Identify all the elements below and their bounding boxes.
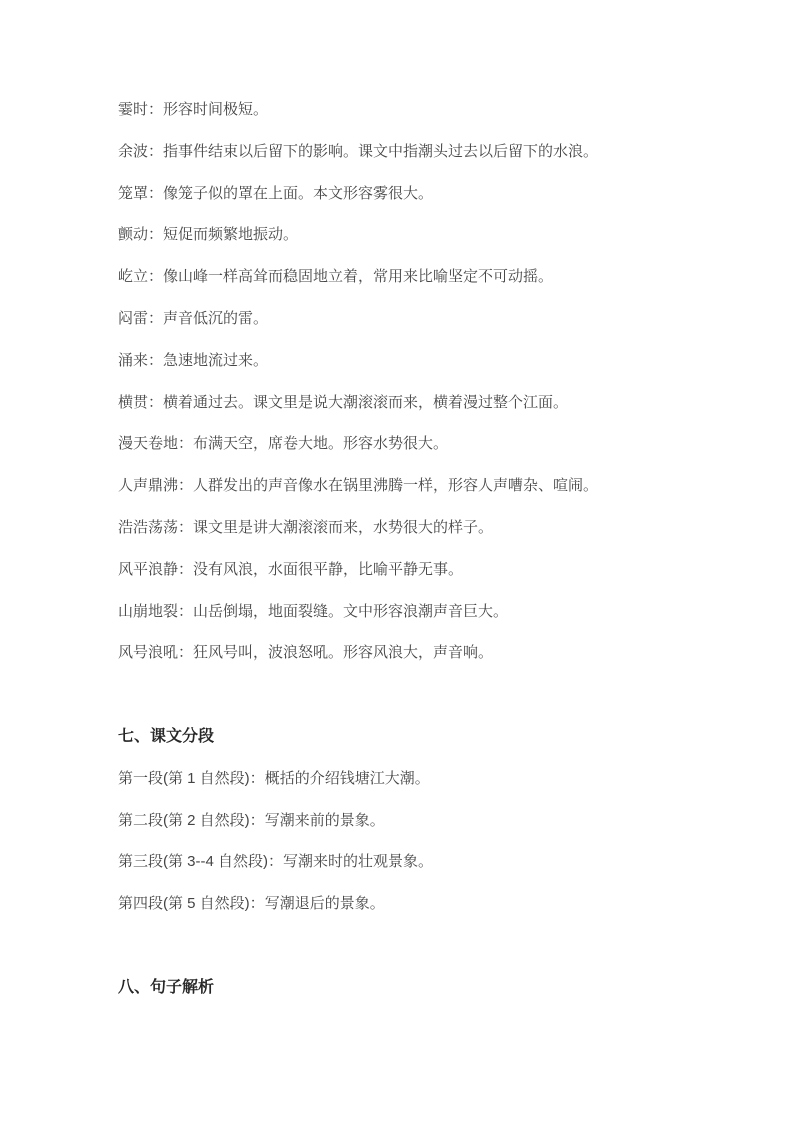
glossary-definition: 横着通过去。课文里是说大潮滚滚而来，横着漫过整个江面。 [163,394,568,411]
glossary-item: 横贯：横着通过去。课文里是说大潮滚滚而来，横着漫过整个江面。 [118,382,678,424]
glossary-item: 余波：指事件结束以后留下的影响。课文中指潮头过去以后留下的水浪。 [118,131,678,173]
glossary-item: 浩浩荡荡：课文里是讲大潮滚滚而来，水势很大的样子。 [118,507,678,549]
term-colon: ： [178,435,193,452]
segment-label: 第三段(第 3--4 自然段) [118,853,268,870]
glossary-definition: 指事件结束以后留下的影响。课文中指潮头过去以后留下的水浪。 [163,143,598,160]
segment-colon: ： [250,895,265,912]
section-eight-heading: 八、句子解析 [118,967,678,1009]
glossary-definition: 山岳倒塌，地面裂缝。文中形容浪潮声音巨大。 [193,603,508,620]
glossary-definition: 课文里是讲大潮滚滚而来，水势很大的样子。 [193,519,493,536]
glossary-item: 人声鼎沸：人群发出的声音像水在锅里沸腾一样，形容人声嘈杂、喧闹。 [118,465,678,507]
segment-item: 第一段(第 1 自然段)：概括的介绍钱塘江大潮。 [118,758,678,800]
glossary-term: 笼罩 [118,185,148,202]
segment-item: 第四段(第 5 自然段)：写潮退后的景象。 [118,883,678,925]
segment-label: 第二段(第 2 自然段) [118,812,250,829]
segment-colon: ： [268,853,283,870]
glossary-item: 笼罩：像笼子似的罩在上面。本文形容雾很大。 [118,173,678,215]
segment-description: 概括的介绍钱塘江大潮。 [265,770,430,787]
segment-description: 写潮来前的景象。 [265,812,385,829]
term-colon: ： [148,101,163,118]
glossary-definition: 布满天空，席卷大地。形容水势很大。 [193,435,448,452]
term-colon: ： [178,561,193,578]
glossary-term: 颤动 [118,226,148,243]
term-colon: ： [148,226,163,243]
term-colon: ： [148,352,163,369]
glossary-definition: 像笼子似的罩在上面。本文形容雾很大。 [163,185,433,202]
segment-label: 第一段(第 1 自然段) [118,770,250,787]
glossary-item: 风平浪静：没有风浪，水面很平静，比喻平静无事。 [118,549,678,591]
glossary-item: 颤动：短促而频繁地振动。 [118,214,678,256]
glossary-term: 漫天卷地 [118,435,178,452]
glossary-definition: 狂风号叫，波浪怒吼。形容风浪大，声音响。 [193,644,493,661]
term-colon: ： [148,185,163,202]
glossary-item: 风号浪吼：狂风号叫，波浪怒吼。形容风浪大，声音响。 [118,632,678,674]
glossary-item: 屹立：像山峰一样高耸而稳固地立着，常用来比喻坚定不可动摇。 [118,256,678,298]
document-page: 霎时：形容时间极短。 余波：指事件结束以后留下的影响。课文中指潮头过去以后留下的… [0,0,793,1122]
glossary-term: 余波 [118,143,148,160]
segment-item: 第二段(第 2 自然段)：写潮来前的景象。 [118,800,678,842]
term-colon: ： [178,603,193,620]
glossary-definition: 形容时间极短。 [163,101,268,118]
glossary-definition: 没有风浪，水面很平静，比喻平静无事。 [193,561,463,578]
term-colon: ： [178,519,193,536]
glossary-term: 风平浪静 [118,561,178,578]
segment-description: 写潮来时的壮观景象。 [283,853,433,870]
section-seven-heading: 七、课文分段 [118,716,678,758]
glossary-definition: 短促而频繁地振动。 [163,226,298,243]
term-colon: ： [178,644,193,661]
glossary-item: 漫天卷地：布满天空，席卷大地。形容水势很大。 [118,423,678,465]
glossary-definition: 急速地流过来。 [163,352,268,369]
glossary-item: 涌来：急速地流过来。 [118,340,678,382]
term-colon: ： [148,394,163,411]
glossary-term: 横贯 [118,394,148,411]
glossary-definition: 人群发出的声音像水在锅里沸腾一样，形容人声嘈杂、喧闹。 [193,477,598,494]
glossary-term: 风号浪吼 [118,644,178,661]
term-colon: ： [148,310,163,327]
glossary-term: 山崩地裂 [118,603,178,620]
glossary-term: 霎时 [118,101,148,118]
glossary-term: 闷雷 [118,310,148,327]
glossary-definition: 声音低沉的雷。 [163,310,268,327]
glossary-term: 涌来 [118,352,148,369]
segment-colon: ： [250,812,265,829]
segment-item: 第三段(第 3--4 自然段)：写潮来时的壮观景象。 [118,841,678,883]
segment-label: 第四段(第 5 自然段) [118,895,250,912]
glossary-term: 屹立 [118,268,148,285]
segment-description: 写潮退后的景象。 [265,895,385,912]
glossary-term: 浩浩荡荡 [118,519,178,536]
glossary-term: 人声鼎沸 [118,477,178,494]
glossary-item: 山崩地裂：山岳倒塌，地面裂缝。文中形容浪潮声音巨大。 [118,591,678,633]
term-colon: ： [148,143,163,160]
term-colon: ： [178,477,193,494]
segment-colon: ： [250,770,265,787]
glossary-item: 霎时：形容时间极短。 [118,89,678,131]
glossary-item: 闷雷：声音低沉的雷。 [118,298,678,340]
term-colon: ： [148,268,163,285]
glossary-definition: 像山峰一样高耸而稳固地立着，常用来比喻坚定不可动摇。 [163,268,553,285]
document-content: 霎时：形容时间极短。 余波：指事件结束以后留下的影响。课文中指潮头过去以后留下的… [0,0,793,1009]
